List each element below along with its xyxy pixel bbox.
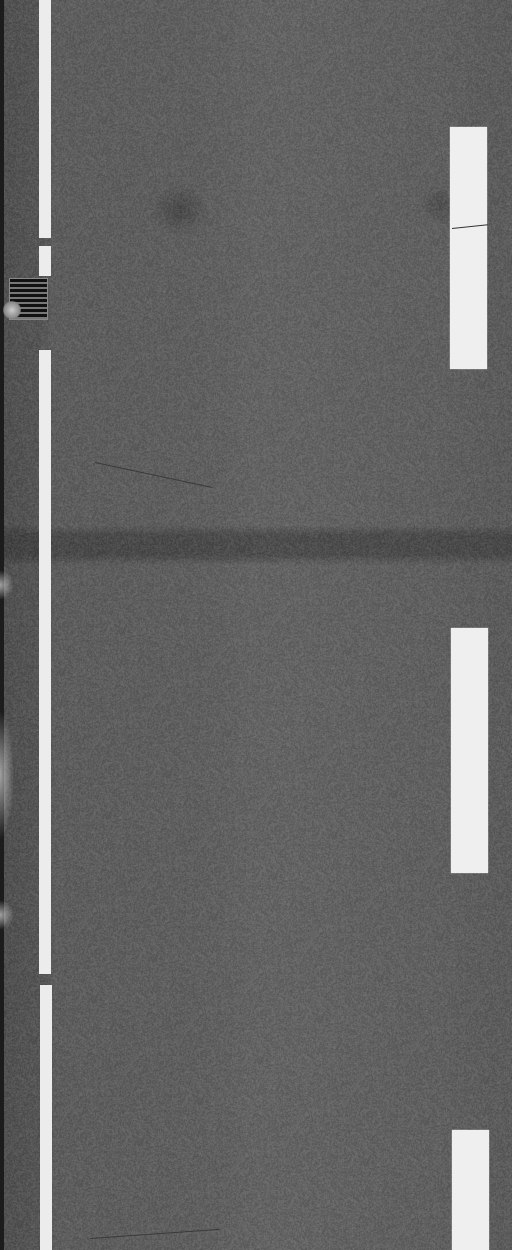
weeds [0, 710, 14, 840]
weeds [0, 900, 14, 930]
lane-dash [452, 1130, 489, 1250]
road-surface [0, 0, 512, 1250]
lane-dash [450, 127, 487, 369]
edge-line-segment [39, 0, 51, 238]
curb-edge [0, 0, 4, 1250]
debris [3, 300, 21, 320]
asphalt-texture [0, 0, 512, 1250]
lane-dash [451, 628, 488, 873]
edge-line-segment [40, 985, 52, 1250]
edge-line-segment [39, 350, 51, 974]
edge-line-segment [39, 246, 51, 276]
weeds [0, 570, 14, 600]
